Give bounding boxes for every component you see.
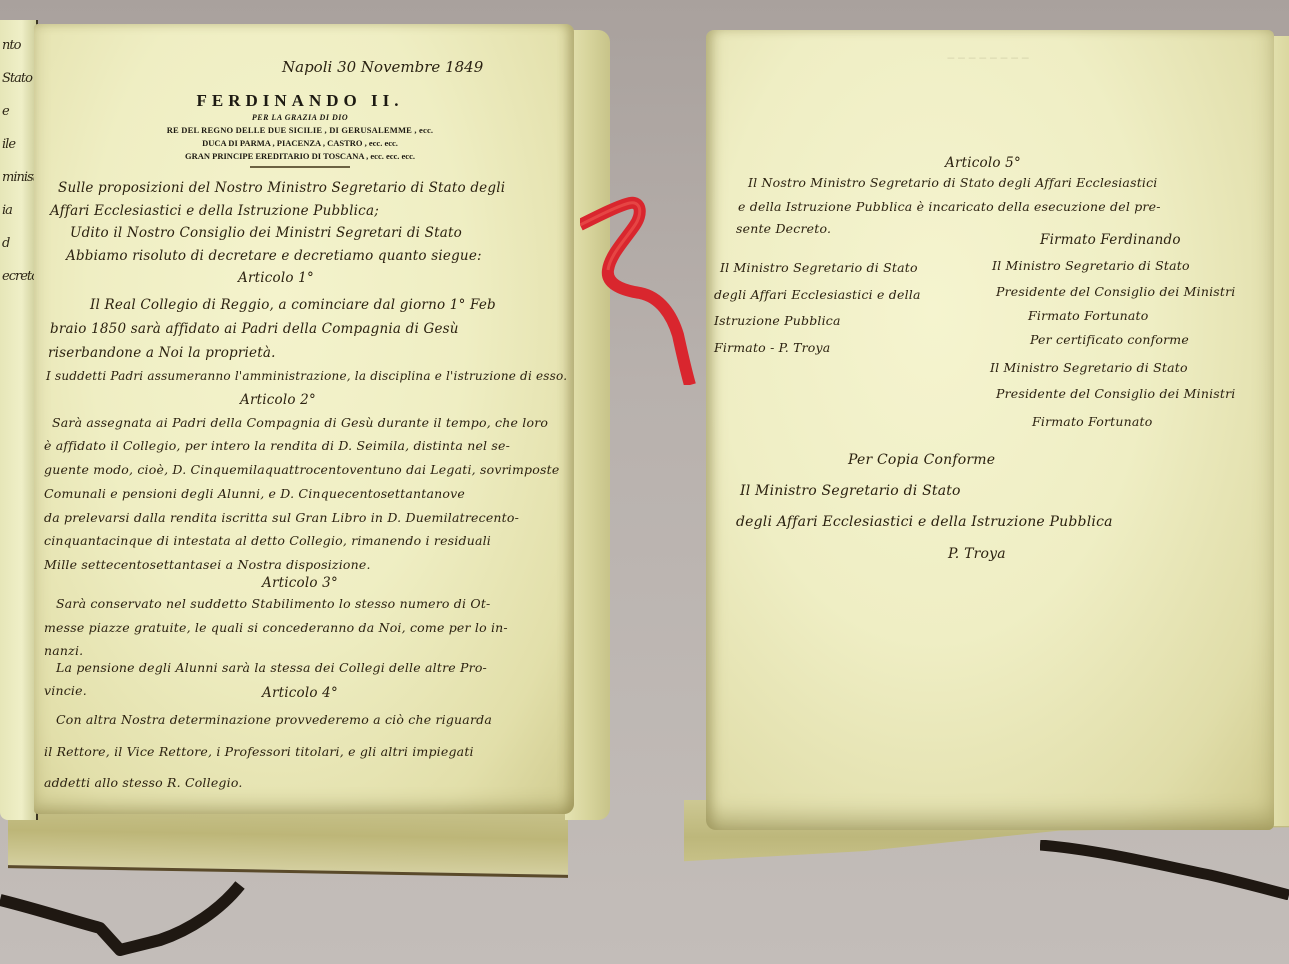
- certification-label: Per certificato conforme: [1030, 332, 1189, 347]
- copy-signature-line: Il Ministro Segretario di Stato: [740, 483, 961, 499]
- spine-fragment: d: [2, 236, 36, 251]
- signature-line: Presidente del Consiglio dei Ministri: [996, 386, 1236, 401]
- right-page: [706, 30, 1274, 830]
- article-line: Sarà conservato nel suddetto Stabiliment…: [56, 596, 490, 611]
- red-ribbon-bookmark: [580, 195, 700, 385]
- copy-label: Per Copia Conforme: [848, 452, 995, 468]
- header-line-1: PER LA GRAZIA DI DIO: [150, 113, 450, 122]
- left-spine-page: nto Stato e ile ministri ia d ecreto: [0, 20, 38, 820]
- article-line: e della Istruzione Pubblica è incaricato…: [738, 199, 1161, 214]
- article-line: braio 1850 sarà affidato ai Padri della …: [50, 321, 459, 337]
- article-line: da prelevarsi dalla rendita iscritta sul…: [44, 510, 519, 525]
- signature-line: degli Affari Ecclesiastici e della: [714, 287, 921, 302]
- spine-fragment: ia: [2, 203, 36, 218]
- spine-fragment: e: [2, 104, 36, 119]
- article-heading: Articolo 3°: [262, 575, 338, 591]
- signature-line: Firmato Fortunato: [1032, 414, 1153, 429]
- article-line: Sarà assegnata ai Padri della Compagnia …: [52, 415, 548, 430]
- article-line: sente Decreto.: [736, 221, 831, 236]
- signature-line: Presidente del Consiglio dei Ministri: [996, 284, 1236, 299]
- copy-signature-name: P. Troya: [948, 546, 1006, 562]
- signature-line: Il Ministro Segretario di Stato: [990, 360, 1188, 375]
- article-line: il Rettore, il Vice Rettore, i Professor…: [44, 744, 474, 759]
- article-line: Il Real Collegio di Reggio, a cominciare…: [90, 297, 496, 313]
- bleed-through-print: ────────: [840, 52, 1140, 65]
- article-line: riserbandone a Noi la proprietà.: [48, 345, 276, 361]
- article-line: addetti allo stesso R. Collegio.: [44, 775, 243, 790]
- article-line: messe piazze gratuite, le quali si conce…: [44, 620, 508, 635]
- preamble-line: Sulle proposizioni del Nostro Ministro S…: [58, 180, 505, 196]
- preamble-line: Abbiamo risoluto di decretare e decretia…: [66, 248, 482, 264]
- signature-line: Firmato - P. Troya: [714, 340, 830, 355]
- decree-title: FERDINANDO II.: [150, 91, 450, 111]
- header-line-3: DUCA DI PARMA , PIACENZA , CASTRO , ecc.…: [150, 138, 450, 148]
- article-line: Comunali e pensioni degli Alunni, e D. C…: [44, 486, 465, 501]
- article-line: nanzi.: [44, 643, 83, 658]
- header-line-2: RE DEL REGNO DELLE DUE SICILIE , DI GERU…: [150, 125, 450, 135]
- binding-string: [1040, 840, 1289, 900]
- article-line: La pensione degli Alunni sarà la stessa …: [56, 660, 487, 675]
- signature-line: Istruzione Pubblica: [714, 313, 841, 328]
- preamble-line: Udito il Nostro Consiglio dei Ministri S…: [70, 225, 462, 241]
- article-line: Il Nostro Ministro Segretario di Stato d…: [748, 175, 1158, 190]
- spine-fragment: ile: [2, 137, 36, 152]
- signature-line: Il Ministro Segretario di Stato: [992, 258, 1190, 273]
- article-line: Mille settecentosettantasei a Nostra dis…: [44, 557, 371, 572]
- spine-fragment: nto: [2, 38, 36, 53]
- binding-string: [0, 880, 300, 960]
- article-line: è affidato il Collegio, per intero la re…: [44, 438, 510, 453]
- header-divider: [250, 166, 350, 168]
- signature-line: Firmato Fortunato: [1028, 308, 1149, 323]
- header-line-4: GRAN PRINCIPE EREDITARIO DI TOSCANA , ec…: [150, 151, 450, 161]
- spine-fragment: ministri: [2, 170, 36, 185]
- article-line: cinquantacinque di intestata al detto Co…: [44, 533, 491, 548]
- spine-fragment: Stato: [2, 71, 36, 86]
- spine-fragment: ecreto: [2, 269, 36, 284]
- article-line: Con altra Nostra determinazione provvede…: [56, 712, 492, 727]
- article-heading: Articolo 1°: [238, 270, 314, 286]
- article-heading: Articolo 5°: [945, 155, 1021, 171]
- king-signature: Firmato Ferdinando: [1040, 232, 1181, 248]
- date-line: Napoli 30 Novembre 1849: [282, 58, 483, 76]
- article-line: I suddetti Padri assumeranno l'amministr…: [46, 369, 567, 383]
- article-heading: Articolo 4°: [262, 685, 338, 701]
- article-line: guente modo, cioè, D. Cinquemilaquattroc…: [44, 462, 559, 477]
- preamble-line: Affari Ecclesiastici e della Istruzione …: [50, 203, 379, 219]
- signature-line: Il Ministro Segretario di Stato: [720, 260, 918, 275]
- article-heading: Articolo 2°: [240, 392, 316, 408]
- copy-signature-line: degli Affari Ecclesiastici e della Istru…: [736, 514, 1113, 530]
- article-line: vincie.: [44, 683, 87, 698]
